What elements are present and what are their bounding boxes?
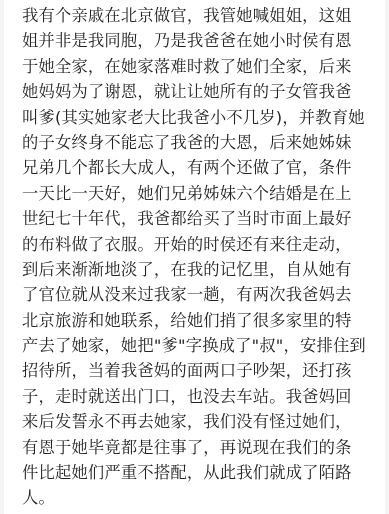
post-page: 我有个亲戚在北京做官，我管她喊姐姐，这姐 姐并非是我同胞，乃是我爸爸在她小时侯有… xyxy=(4,0,385,514)
text-line: 姐并非是我同胞，乃是我爸爸在她小时侯有恩 xyxy=(22,28,367,53)
text-line: 兄弟几个都长大成人，有两个还做了官，条件 xyxy=(22,155,367,180)
text-line: 件比起她们严重不搭配，从此我们就成了陌路 xyxy=(22,460,367,485)
post-body-text: 我有个亲戚在北京做官，我管她喊姐姐，这姐 姐并非是我同胞，乃是我爸爸在她小时侯有… xyxy=(22,3,367,511)
text-line: 的布料做了衣服。开始的时侯还有来往走动， xyxy=(22,232,367,257)
text-line: 产去了她家，她把"爹"字换成了"叔"，安排住到 xyxy=(22,333,367,358)
text-line: 的子女终身不能忘了我爸的大恩，后来她姊妹 xyxy=(22,130,367,155)
text-line: 有恩于她毕竟都是往事了，再说现在我们的条 xyxy=(22,435,367,460)
text-line: 子，走时就送出门口，也没去车站。我爸妈回 xyxy=(22,384,367,409)
text-line: 叫爹(其实她家老大比我爸小不几岁)，并教育她 xyxy=(22,105,367,130)
text-line: 招待所，当着我爸妈的面两口子吵架，还打孩 xyxy=(22,358,367,383)
text-line: 了官位就从没来过我家一趟，有两次我爸妈去 xyxy=(22,282,367,307)
text-line: 人。 xyxy=(22,485,367,510)
text-line: 来后发誓永不再去她家，我们没有怪过她们， xyxy=(22,409,367,434)
text-line: 北京旅游和她联系，给她们捎了很多家里的特 xyxy=(22,308,367,333)
text-line: 一天比一天好，她们兄弟姊妹六个结婚是在上 xyxy=(22,181,367,206)
text-line: 于她全家，在她家落难时救了她们全家，后来 xyxy=(22,54,367,79)
text-line: 到后来渐渐地淡了，在我的记忆里，自从她有 xyxy=(22,257,367,282)
text-line: 她妈妈为了谢恩，就让让她所有的子女管我爸 xyxy=(22,79,367,104)
text-line: 我有个亲戚在北京做官，我管她喊姐姐，这姐 xyxy=(22,3,367,28)
text-line: 世纪七十年代，我爸都给买了当时市面上最好 xyxy=(22,206,367,231)
